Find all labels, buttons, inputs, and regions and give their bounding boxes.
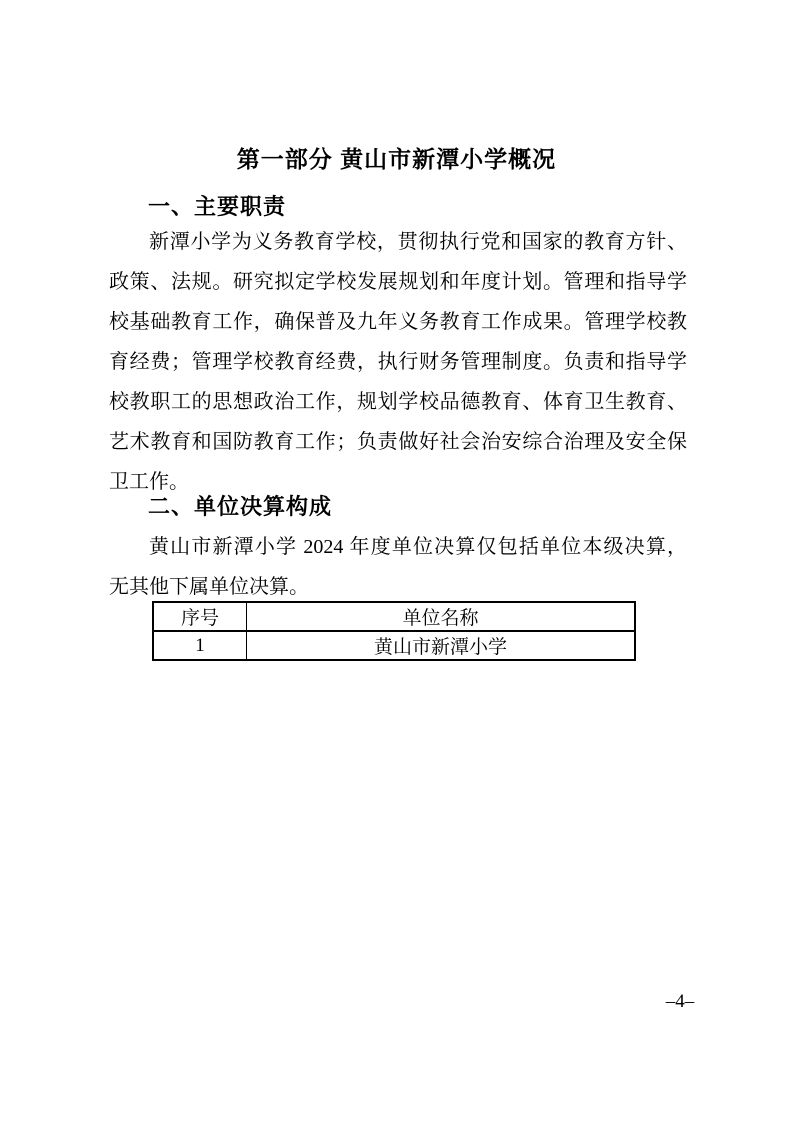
table-row: 1 黄山市新潭小学 xyxy=(153,631,635,660)
section-1-heading: 一、主要职责 xyxy=(148,190,286,221)
table-cell-index: 1 xyxy=(153,631,247,660)
paragraph-line: 校教职工的思想政治工作，规划学校品德教育、体育卫生教育、 xyxy=(109,382,687,422)
paragraph-line: 黄山市新潭小学 2024 年度单位决算仅包括单位本级决算， xyxy=(109,527,687,567)
units-table: 序号 单位名称 1 黄山市新潭小学 xyxy=(152,601,636,661)
section-2-heading: 二、单位决算构成 xyxy=(148,490,332,521)
paragraph-line: 校基础教育工作，确保普及九年义务教育工作成果。管理学校教 xyxy=(109,302,687,342)
page-number: –4– xyxy=(645,991,715,1013)
paragraph-line: 育经费；管理学校教育经费，执行财务管理制度。负责和指导学 xyxy=(109,342,687,382)
table-header-index: 序号 xyxy=(153,602,247,631)
paragraph-line: 艺术教育和国防教育工作；负责做好社会治安综合治理及安全保 xyxy=(109,422,687,462)
document-title: 第一部分 黄山市新潭小学概况 xyxy=(0,141,793,174)
paragraph-line: 政策、法规。研究拟定学校发展规划和年度计划。管理和指导学 xyxy=(109,262,687,302)
table-header-row: 序号 单位名称 xyxy=(153,602,635,631)
table-header-unit-name: 单位名称 xyxy=(247,602,636,631)
section-2-paragraph: 黄山市新潭小学 2024 年度单位决算仅包括单位本级决算， 无其他下属单位决算。 xyxy=(109,527,687,607)
section-1-paragraph: 新潭小学为义务教育学校，贯彻执行党和国家的教育方针、 政策、法规。研究拟定学校发… xyxy=(109,222,687,502)
document-page: 第一部分 黄山市新潭小学概况 一、主要职责 新潭小学为义务教育学校，贯彻执行党和… xyxy=(0,0,793,1122)
paragraph-line: 新潭小学为义务教育学校，贯彻执行党和国家的教育方针、 xyxy=(109,222,687,262)
table-cell-unit-name: 黄山市新潭小学 xyxy=(247,631,636,660)
